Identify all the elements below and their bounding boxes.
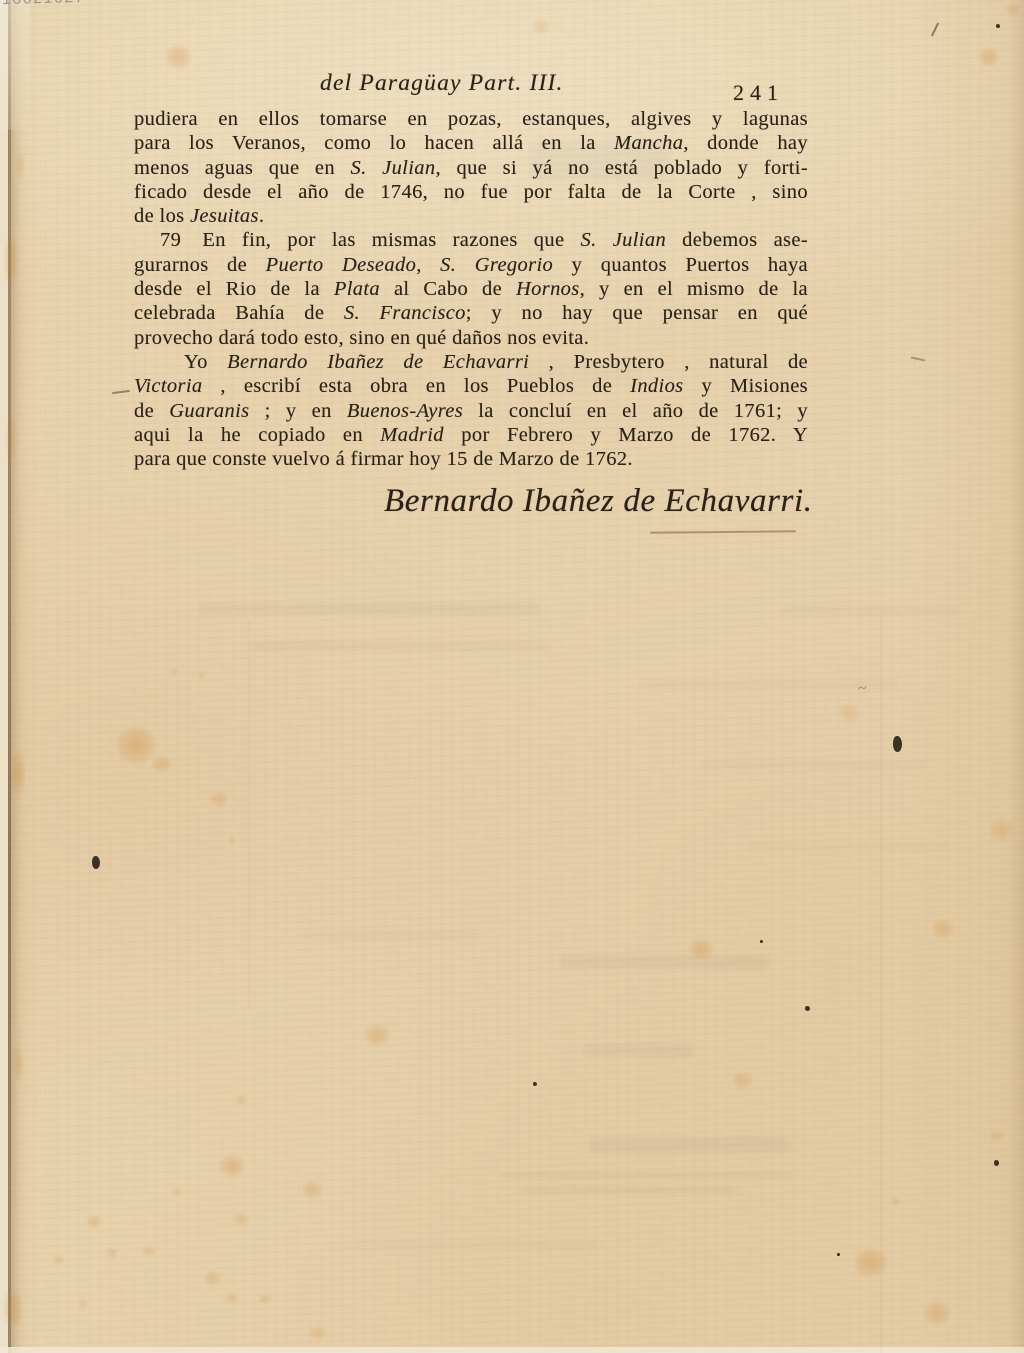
foxing-stain bbox=[196, 670, 208, 680]
show-through-text bbox=[520, 1186, 736, 1194]
italic-text: Indios bbox=[630, 375, 683, 397]
show-through-text bbox=[300, 930, 480, 940]
ink-speck bbox=[92, 856, 100, 869]
foxing-stain bbox=[848, 1243, 894, 1283]
body-text: pudiera en ellos tomarse en pozas, estan… bbox=[134, 107, 808, 471]
foxing-stain bbox=[988, 1128, 1006, 1144]
roman-text: , Presbytero , natural de bbox=[529, 351, 808, 373]
foxing-stain bbox=[108, 718, 164, 772]
italic-text: Guaranis bbox=[169, 400, 249, 422]
foxing-stain bbox=[256, 1292, 274, 1306]
italic-text: Puerto Deseado bbox=[266, 254, 417, 276]
italic-text: S. Gregorio bbox=[440, 254, 553, 276]
signature: Bernardo Ibañez de Echavarri. bbox=[384, 483, 813, 520]
show-through-text bbox=[700, 760, 930, 769]
ink-speck bbox=[837, 1253, 840, 1256]
ink-speck bbox=[760, 940, 763, 943]
foxing-stain bbox=[160, 40, 196, 74]
text-line: pudiera en ellos tomarse en pozas, estan… bbox=[134, 107, 808, 131]
ink-speck bbox=[533, 1082, 537, 1086]
text-line: Yo Bernardo Ibañez de Echavarri , Presby… bbox=[134, 350, 808, 374]
foxing-stain bbox=[528, 16, 554, 38]
corner-mark: 10021027 bbox=[2, 0, 86, 9]
foxing-stain bbox=[84, 1213, 104, 1231]
foxing-stain bbox=[230, 1210, 252, 1228]
foxing-stain bbox=[728, 1068, 756, 1092]
italic-text: Jesuitas bbox=[190, 205, 259, 227]
italic-text: Mancha bbox=[614, 132, 683, 154]
show-through-text bbox=[350, 1240, 600, 1250]
italic-text: S. Francisco bbox=[344, 302, 466, 324]
foxing-stain bbox=[889, 1196, 903, 1208]
text-line: menos aguas que en S. Julian, que si yá … bbox=[134, 156, 808, 180]
roman-text: para que conste vuelvo á firmar hoy 15 d… bbox=[134, 448, 633, 470]
roman-text: para los Veranos, como lo hacen allá en … bbox=[134, 132, 614, 154]
foxing-stain bbox=[232, 1092, 250, 1108]
roman-text: menos aguas que en bbox=[134, 157, 351, 179]
page-edge-left-light bbox=[0, 0, 8, 1353]
foxing-stain bbox=[140, 1244, 158, 1258]
roman-text: debemos ase- bbox=[666, 229, 808, 251]
italic-text: S. Julian bbox=[351, 157, 436, 179]
foxing-stain bbox=[834, 700, 864, 726]
show-through-text bbox=[584, 1044, 694, 1057]
text-line: desde el Rio de la Plata al Cabo de Horn… bbox=[134, 277, 808, 301]
paper-fold-line bbox=[578, 556, 579, 736]
margin-tilde-mark: ~ bbox=[857, 679, 868, 698]
foxing-stain bbox=[298, 1178, 326, 1202]
corner-highlight bbox=[0, 0, 30, 130]
roman-text: ficado desde el año de 1746, no fue por … bbox=[134, 181, 808, 203]
paper-fold-line bbox=[248, 620, 250, 1010]
roman-text: celebrada Bahía de bbox=[134, 302, 344, 324]
roman-text: desde el Rio de la bbox=[134, 278, 334, 300]
scanned-book-page: 10021027 del Paragüay Part. III. 241 pud… bbox=[0, 0, 1024, 1353]
foxing-stain bbox=[928, 916, 958, 942]
foxing-stain bbox=[214, 1150, 250, 1182]
paper-fold-line bbox=[880, 615, 882, 1353]
foxing-stain bbox=[170, 1186, 184, 1198]
text-line: gurarnos de Puerto Deseado, S. Gregorio … bbox=[134, 253, 808, 277]
italic-text: Victoria bbox=[134, 375, 202, 397]
foxing-stain bbox=[200, 1268, 224, 1288]
roman-text: al Cabo de bbox=[380, 278, 516, 300]
foxing-stain bbox=[104, 1246, 120, 1260]
foxing-stain bbox=[168, 666, 180, 676]
foxing-stain bbox=[306, 1324, 330, 1342]
page-edge-bottom bbox=[0, 1347, 1024, 1353]
page-edge-right-shade bbox=[1008, 0, 1024, 1353]
roman-text: aqui la he copiado en bbox=[134, 424, 380, 446]
foxing-stain bbox=[975, 44, 1003, 70]
text-line: aqui la he copiado en Madrid por Febrero… bbox=[134, 423, 808, 447]
text-line: para que conste vuelvo á firmar hoy 15 d… bbox=[134, 447, 808, 471]
foxing-stain bbox=[76, 1298, 90, 1310]
italic-text: Madrid bbox=[380, 424, 444, 446]
show-through-text bbox=[780, 606, 960, 616]
roman-text: de los bbox=[134, 205, 190, 227]
roman-text: provecho dará todo esto, sino en qué dañ… bbox=[134, 327, 589, 349]
foxing-stain bbox=[148, 752, 176, 776]
text-line: para los Veranos, como lo hacen allá en … bbox=[134, 131, 808, 155]
roman-text: y quantos Puertos haya bbox=[553, 254, 808, 276]
show-through-text bbox=[560, 955, 770, 969]
roman-text: la concluí en el año de 1761; y bbox=[463, 400, 808, 422]
ink-speck bbox=[893, 736, 902, 752]
roman-text: por Febrero y Marzo de 1762. Y bbox=[444, 424, 808, 446]
paper-fiber-mark bbox=[931, 22, 939, 36]
text-line: Victoria , escribí esta obra en los Pueb… bbox=[134, 374, 808, 398]
foxing-stain bbox=[50, 1253, 66, 1267]
foxing-stain bbox=[360, 1020, 394, 1050]
roman-text: y Misiones bbox=[684, 375, 808, 397]
margin-dash-mark bbox=[112, 390, 130, 394]
page-number: 241 bbox=[733, 80, 784, 106]
show-through-text bbox=[750, 842, 950, 851]
foxing-stain bbox=[918, 1296, 956, 1330]
text-line: de Guaranis ; y en Buenos-Ayres la concl… bbox=[134, 399, 808, 423]
roman-text: gurarnos de bbox=[134, 254, 266, 276]
roman-text: pudiera en ellos tomarse en pozas, estan… bbox=[134, 108, 808, 130]
foxing-stain bbox=[684, 934, 718, 964]
roman-text: , que si yá no está poblado y forti- bbox=[435, 157, 808, 179]
page-edge-left-shadow bbox=[11, 0, 23, 1353]
roman-text: , donde hay bbox=[683, 132, 808, 154]
italic-text: Hornos bbox=[516, 278, 580, 300]
ink-speck bbox=[994, 1160, 999, 1166]
roman-text: ; y no hay que pensar en qué bbox=[466, 302, 808, 324]
signature-underline bbox=[650, 530, 796, 534]
paper-fiber-mark bbox=[911, 357, 925, 361]
roman-text: 79 En fin, por las mismas razones que bbox=[160, 229, 581, 251]
italic-text: S. Julian bbox=[581, 229, 667, 251]
text-line: celebrada Bahía de S. Francisco; y no ha… bbox=[134, 301, 808, 325]
text-line: provecho dará todo esto, sino en qué dañ… bbox=[134, 326, 808, 350]
italic-text: Plata bbox=[334, 278, 380, 300]
show-through-text bbox=[590, 1137, 790, 1153]
foxing-stain bbox=[226, 836, 238, 846]
roman-text: , escribí esta obra en los Pueblos de bbox=[202, 375, 630, 397]
italic-text: Buenos-Ayres bbox=[347, 400, 463, 422]
foxing-stain bbox=[222, 1290, 242, 1306]
show-through-text bbox=[250, 641, 550, 651]
roman-text: , y en el mismo de la bbox=[580, 278, 808, 300]
show-through-text bbox=[200, 603, 540, 615]
running-header: del Paragüay Part. III. bbox=[320, 70, 564, 97]
roman-text: . bbox=[259, 205, 264, 227]
text-line: 79 En fin, por las mismas razones que S.… bbox=[134, 228, 808, 252]
roman-text: , bbox=[416, 254, 440, 276]
text-line: ficado desde el año de 1746, no fue por … bbox=[134, 180, 808, 204]
roman-text: de bbox=[134, 400, 169, 422]
ink-speck bbox=[805, 1006, 810, 1011]
show-through-text bbox=[500, 1172, 792, 1178]
roman-text: ; y en bbox=[250, 400, 347, 422]
text-line: de los Jesuitas. bbox=[134, 204, 808, 228]
italic-text: Bernardo Ibañez de Echavarri bbox=[227, 351, 529, 373]
ink-speck bbox=[996, 24, 1000, 28]
foxing-stain bbox=[206, 788, 232, 810]
roman-text: Yo bbox=[184, 351, 227, 373]
